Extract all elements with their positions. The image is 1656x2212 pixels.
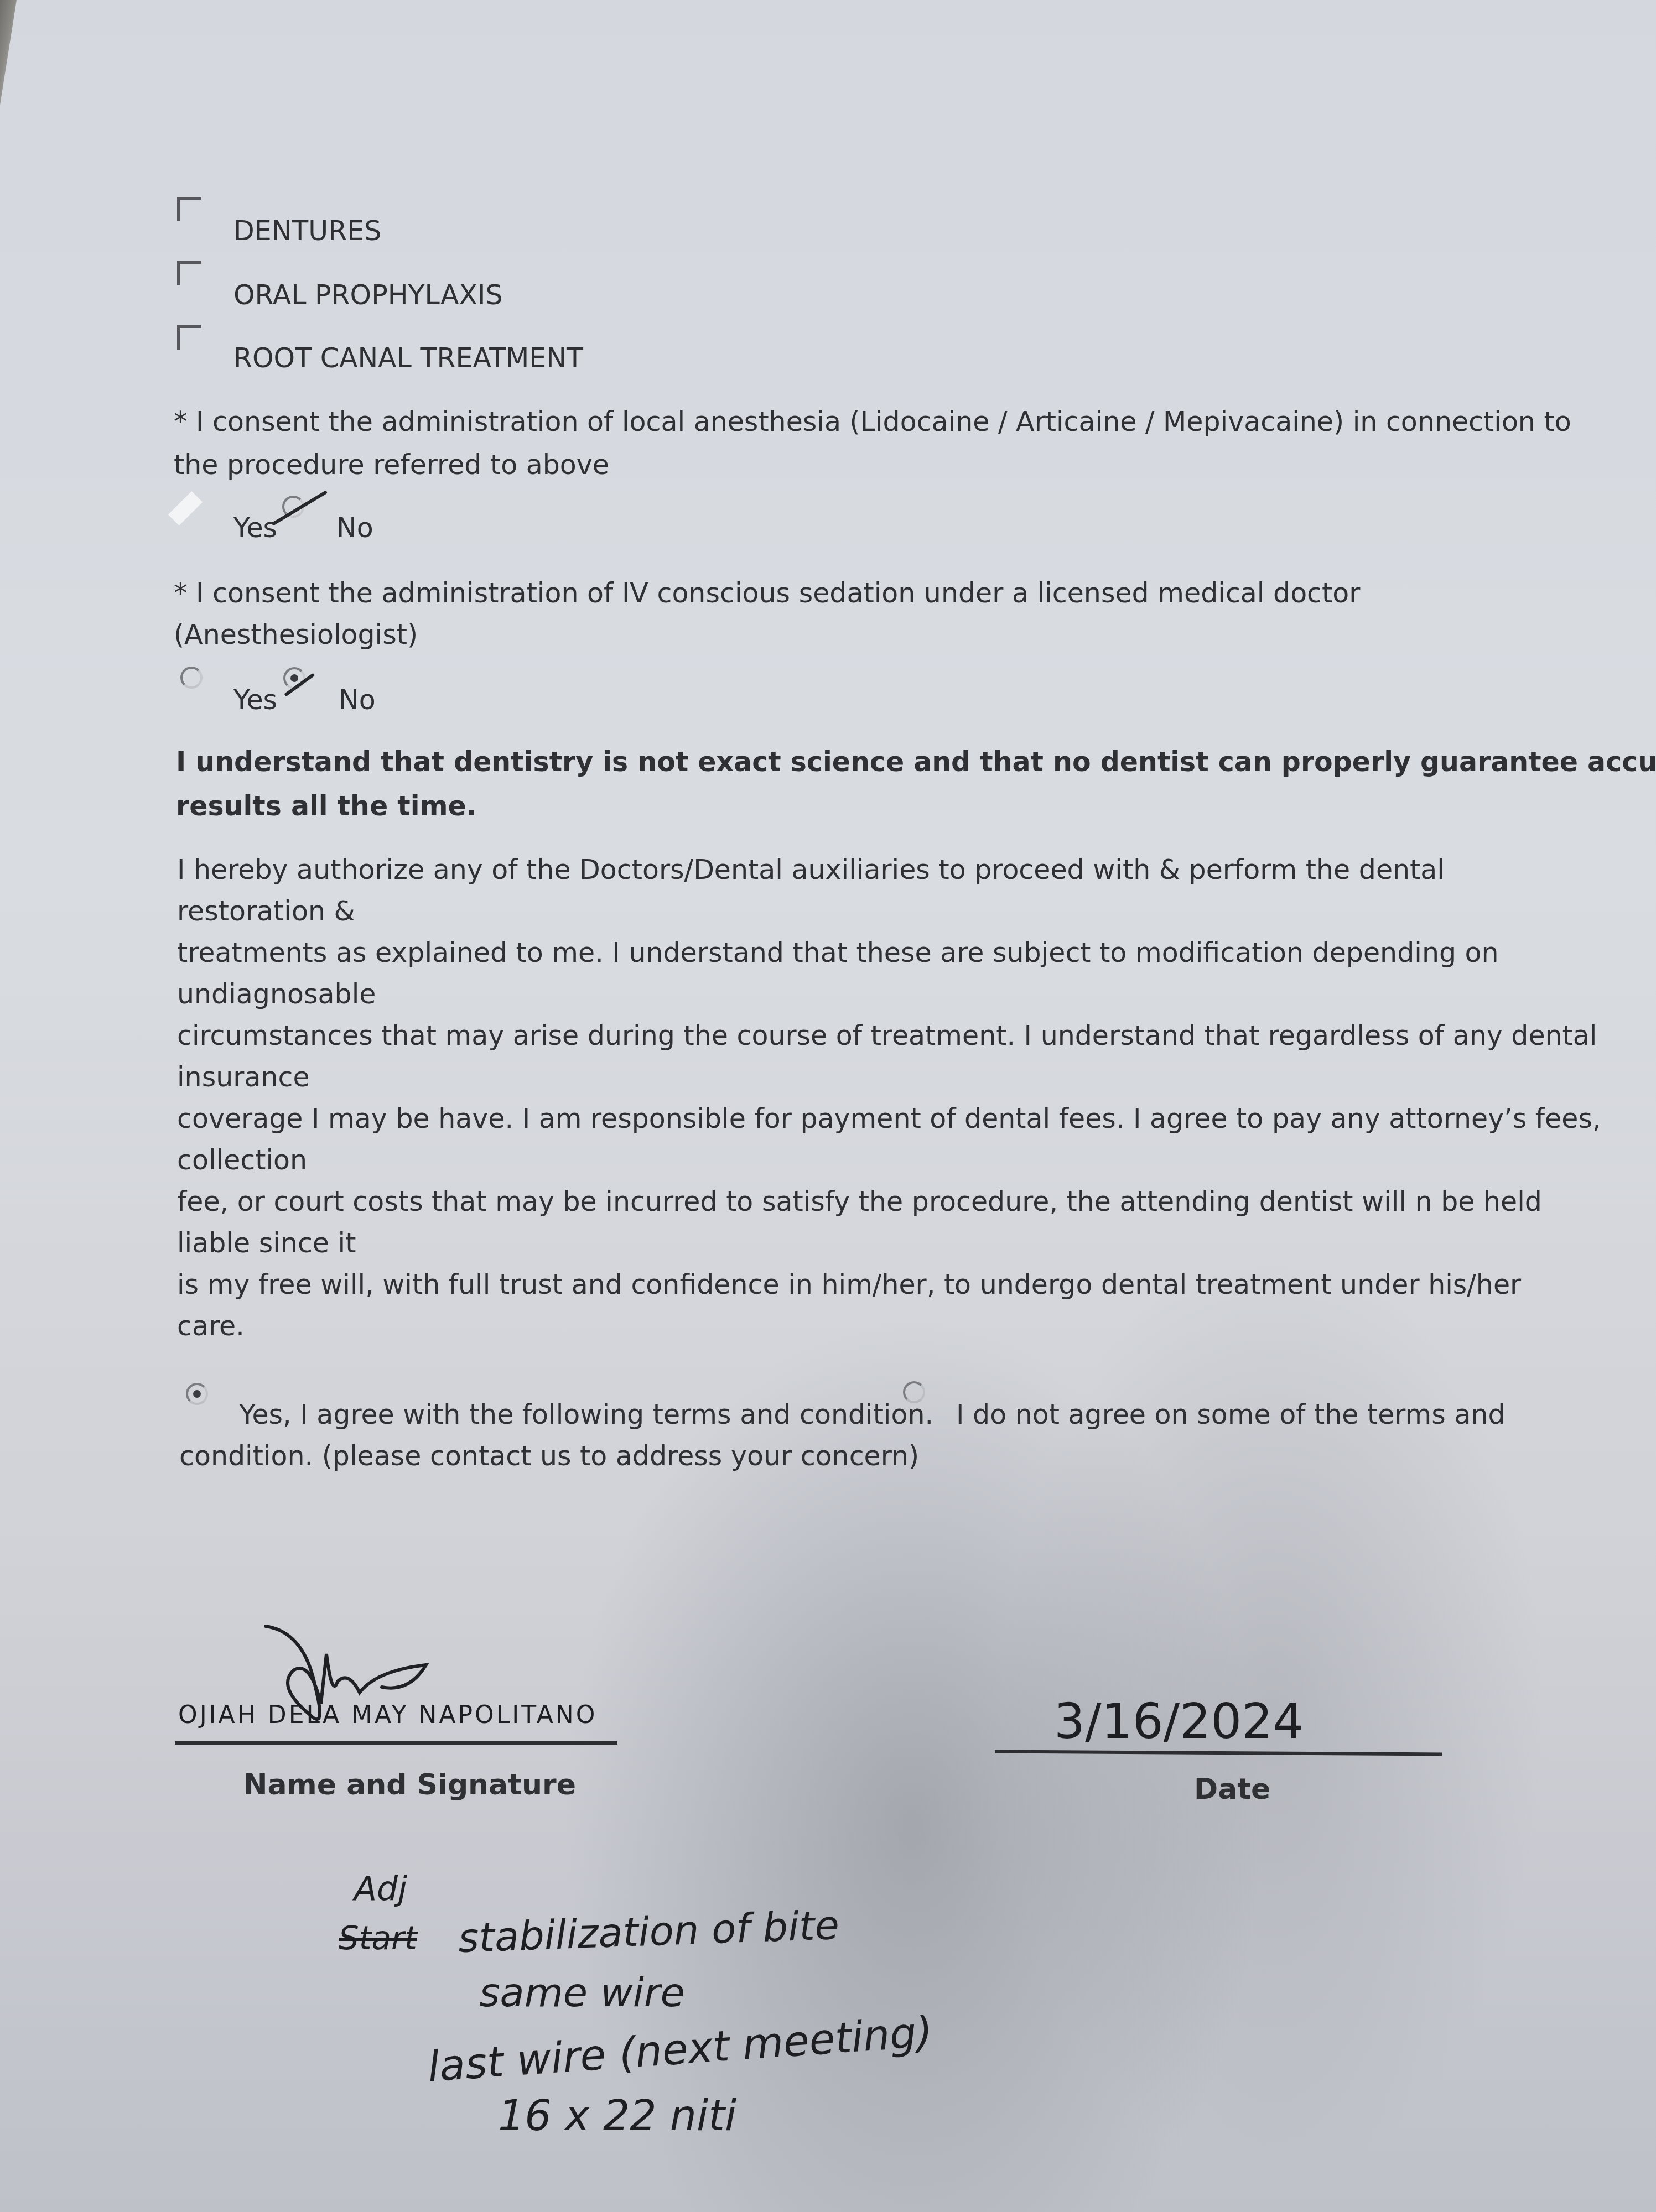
radio-agree[interactable]: [186, 1383, 208, 1405]
note-struck-word: Start: [339, 1919, 417, 1957]
authorization-line: restoration &: [177, 891, 355, 932]
date-label: Date: [1194, 1769, 1270, 1810]
disclaimer-line2: results all the time.: [176, 785, 476, 827]
authorization-line: I hereby authorize any of the Doctors/De…: [177, 849, 1445, 891]
checkbox-oral-prophylaxis[interactable]: [177, 261, 201, 285]
authorization-line: undiagnosable: [177, 974, 376, 1015]
local-anesthesia-no-label: No: [336, 507, 373, 549]
disclaimer-line1: I understand that dentistry is not exact…: [176, 741, 1656, 783]
local-anesthesia-question-line2: the procedure referred to above: [174, 444, 609, 486]
local-anesthesia-yes-label: Yes: [233, 507, 277, 549]
authorization-line: coverage I may be have. I am responsible…: [177, 1098, 1601, 1139]
disagree-label-line2: condition. (please contact us to address…: [179, 1435, 919, 1477]
note-line: stabilization of bite: [458, 1902, 840, 1961]
checkbox-root-canal[interactable]: [177, 325, 201, 350]
pen-check-mark: [271, 490, 328, 525]
local-anesthesia-question-line1: * I consent the administration of local …: [174, 401, 1571, 443]
signature-line: [175, 1741, 617, 1745]
authorization-line: fee, or court costs that may be incurred…: [177, 1181, 1542, 1222]
note-line: last wire (next meeting): [426, 2007, 935, 2091]
iv-sedation-yes-label: Yes: [233, 679, 277, 721]
authorization-line: treatments as explained to me. I underst…: [177, 932, 1499, 974]
note-line: same wire: [479, 1969, 685, 2016]
authorization-line: liable since it: [177, 1222, 356, 1264]
date-line: [995, 1750, 1442, 1756]
procedure-label-root-canal: ROOT CANAL TREATMENT: [233, 337, 583, 379]
note-insert-adj: Adj: [354, 1870, 407, 1908]
authorization-line: insurance: [177, 1056, 310, 1098]
handwritten-name: OJIAH DELA MAY NAPOLITANO: [178, 1701, 597, 1729]
handwritten-date: 3/16/2024: [1054, 1693, 1304, 1750]
disagree-label-line1: I do not agree on some of the terms and: [956, 1394, 1506, 1435]
checkbox-dentures[interactable]: [177, 197, 201, 221]
iv-sedation-question-line1: * I consent the administration of IV con…: [174, 572, 1360, 614]
authorization-line: care.: [177, 1305, 245, 1347]
procedure-label-oral-prophylaxis: ORAL PROPHYLAXIS: [233, 274, 503, 316]
radio-iv-sedation-yes[interactable]: [180, 667, 203, 689]
authorization-line: circumstances that may arise during the …: [177, 1015, 1597, 1056]
procedure-label-dentures: DENTURES: [233, 210, 381, 252]
radio-local-anesthesia-yes[interactable]: [176, 492, 198, 514]
iv-sedation-no-label: No: [339, 679, 376, 721]
consent-form-page: DENTURES ORAL PROPHYLAXIS ROOT CANAL TRE…: [0, 0, 1656, 2212]
iv-sedation-question-line2: (Anesthesiologist): [174, 614, 418, 655]
authorization-line: collection: [177, 1139, 307, 1181]
page-corner-shadow: [0, 0, 17, 105]
agree-label: Yes, I agree with the following terms an…: [239, 1394, 933, 1435]
radio-disagree[interactable]: [903, 1381, 925, 1403]
signature-label: Name and Signature: [243, 1765, 576, 1806]
authorization-line: is my free will, with full trust and con…: [177, 1264, 1521, 1305]
note-line: 16 x 22 niti: [498, 2091, 736, 2140]
